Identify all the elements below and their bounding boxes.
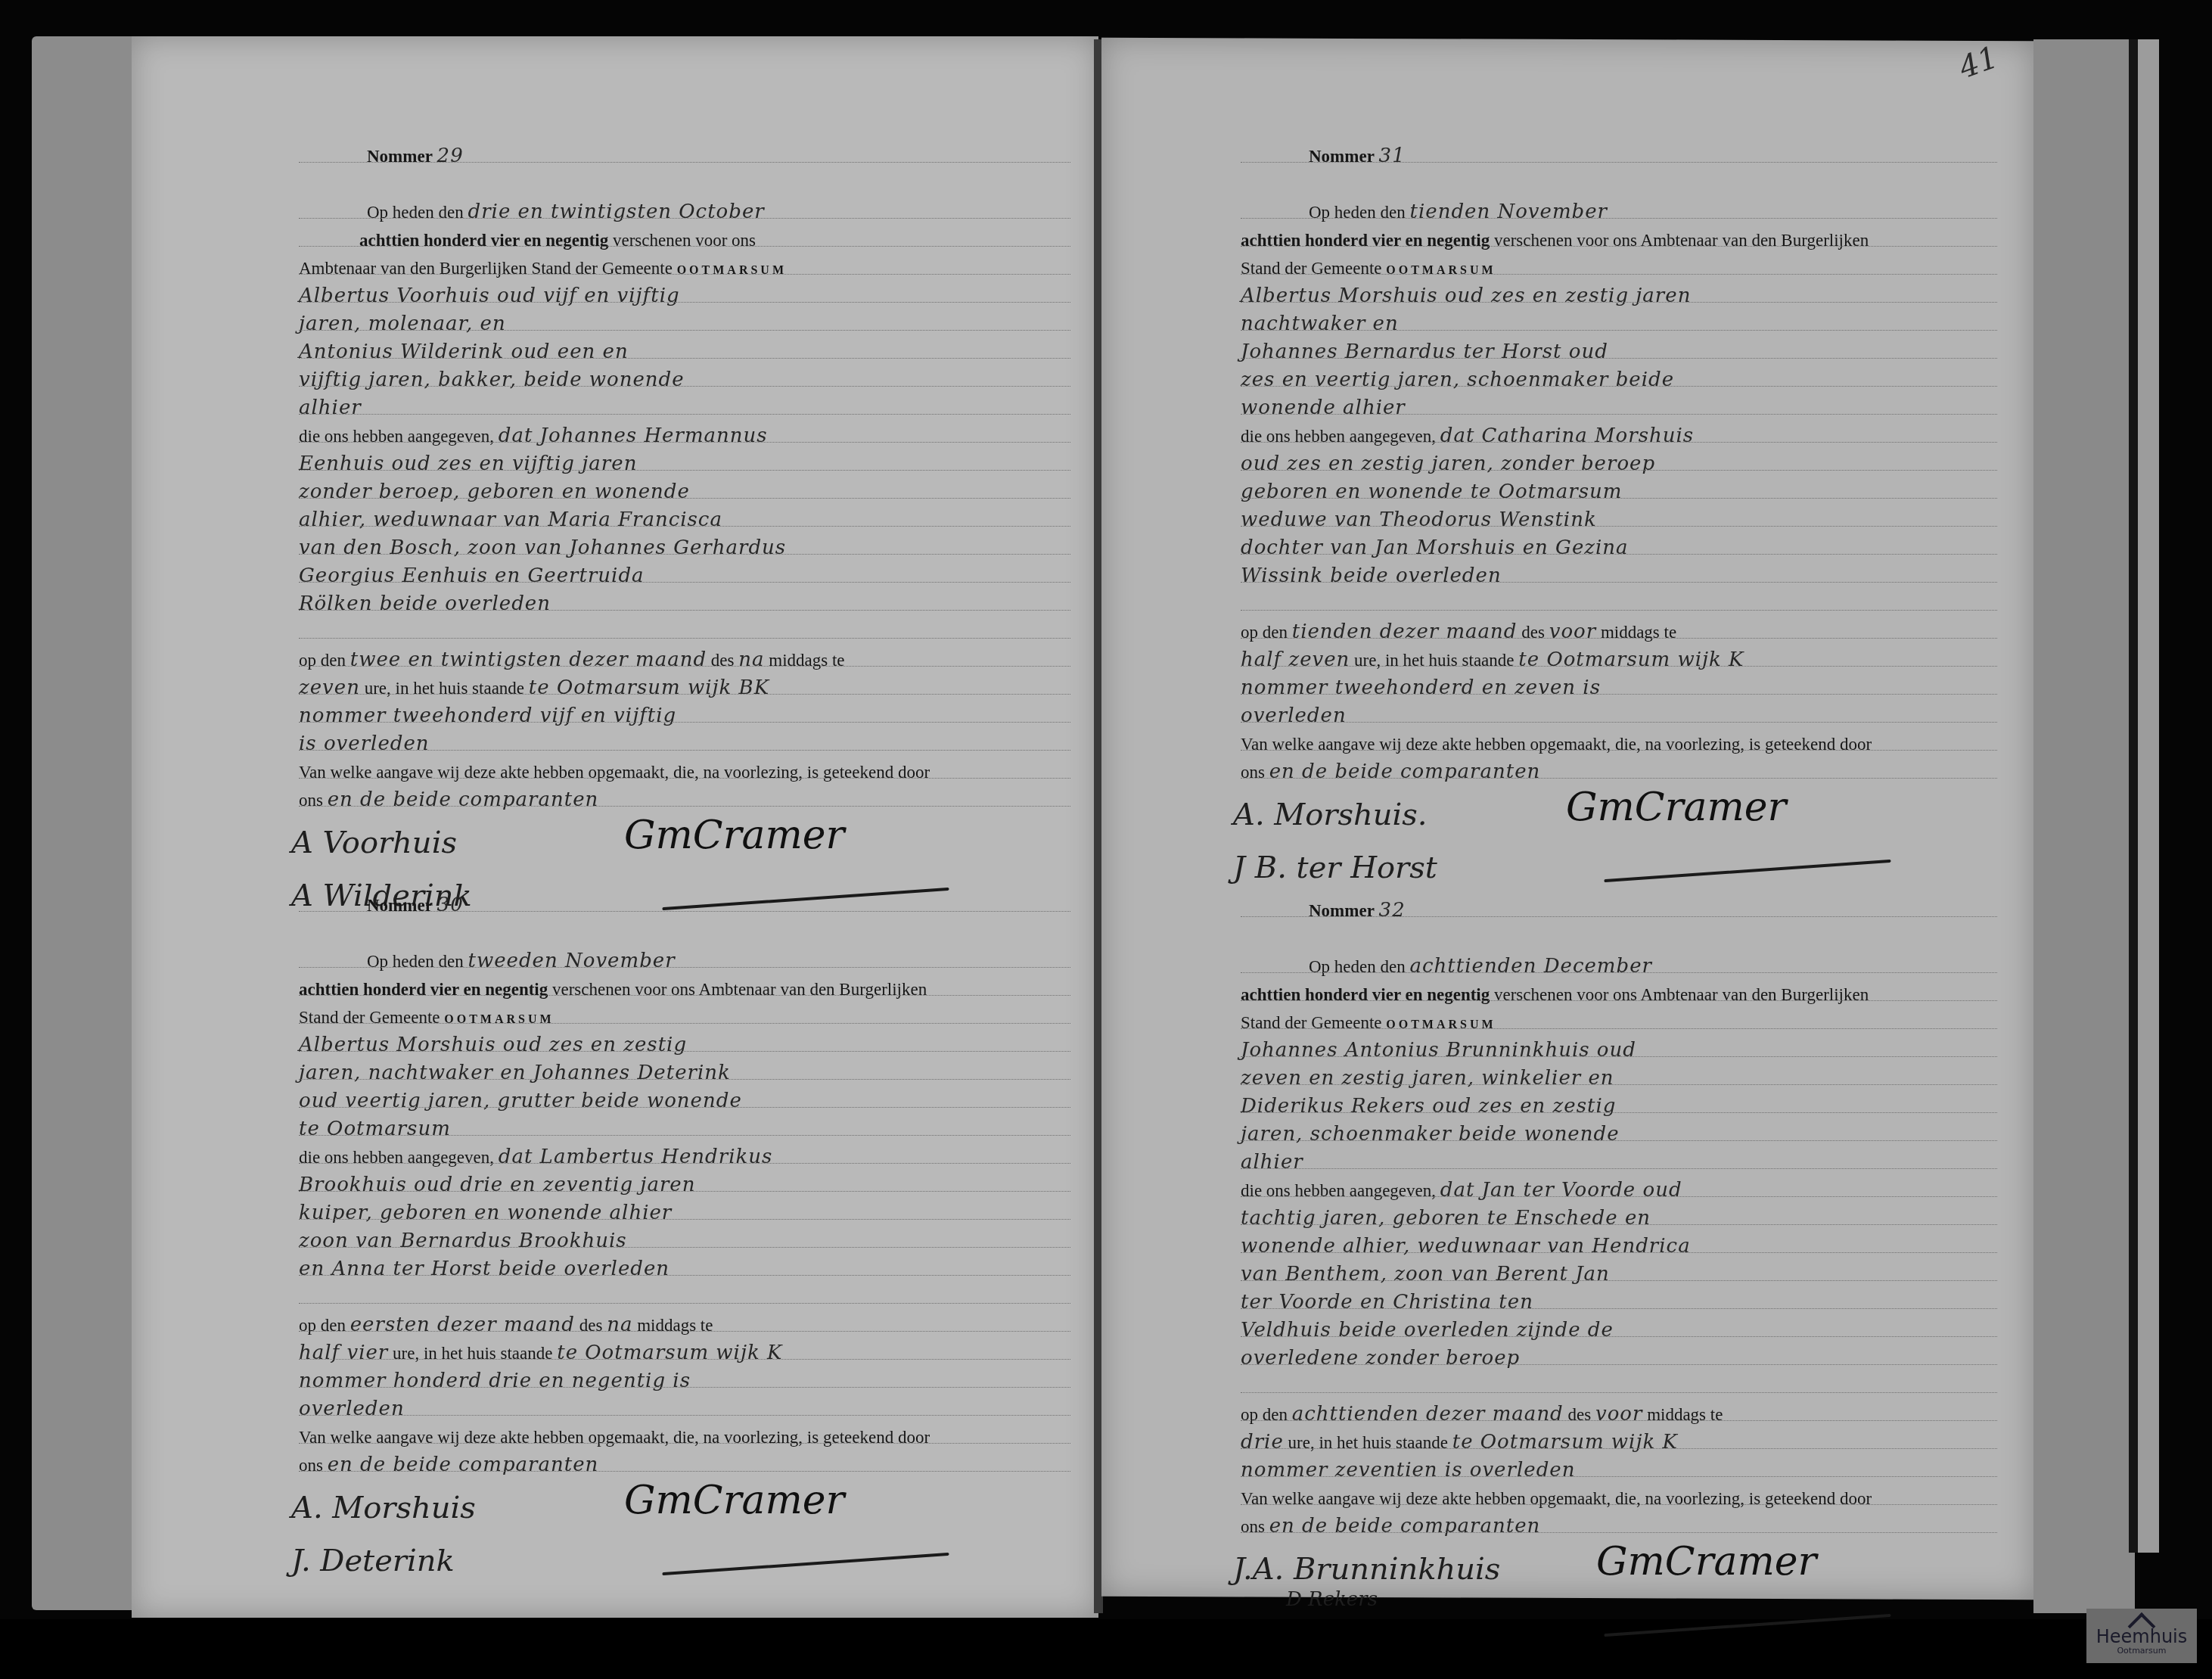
declaration-line: Georgius Eenhuis en Geertruida [299,562,1070,590]
op-den-label: op den [299,651,346,670]
declaration-line: Eenhuis oud zes en vijftig jaren [299,450,1070,478]
verschenen-label: verschenen voor ons [613,231,756,250]
death-location: te Ootmarsum wijk K [557,1342,782,1364]
declaration-line: zonder beroep, geboren en wonende [299,478,1070,506]
signature-block: A. Morshuis.J B. ter HorstGmCramer [1241,786,1997,915]
location-line: zeven ure, in het huis staande te Ootmar… [299,674,1070,702]
comparant-text: alhier [299,396,362,419]
declaration-text: zonder beroep, geboren en wonende [299,480,690,503]
comparant-text: oud veertig jaren, grutter beide wonende [299,1090,742,1112]
middags-label: middags te [769,651,844,670]
declaration-text: dat Catharina Morshuis [1440,424,1694,447]
location-line: nommer tweehonderd en zeven is [1241,674,1997,702]
declaration-text: wonende alhier, weduwnaar van Hendrica [1241,1235,1691,1258]
death-location: nommer zeventien is overleden [1241,1459,1575,1482]
comparant-line: jaren, schoenmaker beide wonende [1241,1121,1997,1149]
declaration-line: van den Bosch, zoon van Johannes Gerhard… [299,534,1070,562]
op-den-label: op den [299,1316,346,1335]
declaration-line: geboren en wonende te Ootmarsum [1241,478,1997,506]
verschenen-label: verschenen voor ons Ambtenaar van den Bu… [1494,985,1869,1004]
stand-label: Stand der Gemeente [299,1008,440,1027]
signed-by: en de beide comparanten [328,1454,599,1476]
comparant-text: vijftig jaren, bakker, beide wonende [299,368,685,391]
aangegeven-label: die ons hebben aangegeven, [299,1148,494,1167]
municipality-line: Stand der Gemeente OOTMARSUM [299,1003,1070,1031]
declaration-text: alhier, weduwnaar van Maria Francisca [299,508,722,531]
middags-label: middags te [637,1316,713,1335]
official-signature: GmCramer [624,822,844,850]
ure-label: ure, in het huis staande [393,1344,552,1363]
comparant-text: Johannes Antonius Brunninkhuis oud [1241,1039,1636,1062]
aangegeven-label: die ons hebben aangegeven, [299,427,494,446]
record-number: 31 [1379,145,1406,167]
year-line: achttien honderd vier en negentig versch… [299,975,1070,1003]
am-pm: voor [1595,1403,1642,1426]
declaration-text: dochter van Jan Morshuis en Gezina [1241,536,1629,559]
record-number: 30 [437,894,464,916]
death-location: te Ootmarsum wijk K [1518,648,1744,671]
death-location: is overleden [299,732,430,755]
death-location: overleden [299,1398,405,1420]
stand-label: Stand der Gemeente [1241,1013,1381,1032]
declaration-line: die ons hebben aangegeven, dat Lambertus… [299,1143,1070,1171]
declaration-line: zoon van Bernardus Brookhuis [299,1227,1070,1255]
signed-by: en de beide comparanten [328,788,599,811]
des-label: des [1521,623,1545,642]
death-location: nommer tweehonderd vijf en vijftig [299,704,676,727]
declaration-line: en Anna ter Horst beide overleden [299,1255,1070,1283]
am-pm: voor [1549,620,1596,643]
declaration-line: weduwe van Theodorus Wenstink [1241,506,1997,534]
ons-label: ons [299,791,323,810]
municipality: OOTMARSUM [1386,264,1496,277]
comparant-line: oud veertig jaren, grutter beide wonende [299,1087,1070,1115]
death-day: achttienden dezer maand [1292,1403,1564,1426]
comparant-text: Antonius Wilderink oud een en [299,340,629,363]
comparant-text: jaren, molenaar, en [299,312,506,335]
death-location: te Ootmarsum wijk K [1452,1431,1678,1454]
signed-by-line: ons en de beide comparanten [299,1451,1070,1479]
death-record-30: Nommer 30Op heden den tweeden Novemberac… [299,891,1070,1608]
comparant-line: Johannes Antonius Brunninkhuis oud [1241,1037,1997,1065]
record-date: tweeden November [468,950,676,972]
death-time-line: op den tienden dezer maand des voor midd… [1241,618,1997,646]
record-date: drie en twintigsten October [468,201,765,223]
official-signature: GmCramer [624,1487,844,1515]
year-line: achttien honderd vier en negentig versch… [299,226,1070,254]
record-date: achttienden December [1410,955,1653,978]
declaration-line: die ons hebben aangegeven, dat Jan ter V… [1241,1177,1997,1205]
comparant-line: Diderikus Rekers oud zes en zestig [1241,1093,1997,1121]
verschenen-label: verschenen voor ons Ambtenaar van den Bu… [1494,231,1869,250]
municipality: OOTMARSUM [677,264,787,277]
aangegeven-label: die ons hebben aangegeven, [1241,427,1436,446]
comparant-text: wonende alhier [1241,396,1406,419]
comparant-line: Albertus Voorhuis oud vijf en vijftig [299,282,1070,310]
death-location: nommer tweehonderd en zeven is [1241,676,1601,699]
record-date: tienden November [1410,201,1608,223]
comparant-text: nachtwaker en [1241,312,1399,335]
closing-line: Van welke aangave wij deze akte hebben o… [299,1423,1070,1451]
declaration-line: Veldhuis beide overleden zijnde de [1241,1317,1997,1345]
year-line: achttien honderd vier en negentig versch… [1241,226,1997,254]
location-line: nommer tweehonderd vijf en vijftig [299,702,1070,730]
death-day: eersten dezer maand [350,1314,575,1336]
closing-text: Van welke aangave wij deze akte hebben o… [299,763,930,782]
death-location: overleden [1241,704,1347,727]
death-time-line: op den twee en twintigsten dezer maand d… [299,646,1070,674]
death-hour: half vier [299,1342,388,1364]
comparant-line: Albertus Morshuis oud zes en zestig jare… [1241,282,1997,310]
record-number: 32 [1379,899,1406,922]
signature-flourish [1604,1614,1890,1637]
declaration-text: zoon van Bernardus Brookhuis [299,1230,627,1252]
ons-label: ons [299,1456,323,1475]
comparant-line: jaren, nachtwaker en Johannes Deterink [299,1059,1070,1087]
ure-label: ure, in het huis staande [365,679,524,698]
year-text: achttien honderd vier en negentig [1241,985,1490,1004]
closing-line: Van welke aangave wij deze akte hebben o… [1241,730,1997,758]
comparant-line: jaren, molenaar, en [299,310,1070,338]
op-heden-label: Op heden den [1309,203,1406,222]
declaration-text: overledene zonder beroep [1241,1347,1520,1370]
nommer-label: Nommer [367,896,433,915]
nommer-label: Nommer [367,147,433,166]
comparant-text: zeven en zestig jaren, winkelier en [1241,1067,1614,1090]
comparant-line: nachtwaker en [1241,310,1997,338]
death-record-32: Nommer 32Op heden den achttienden Decemb… [1241,897,1997,1669]
des-label: des [711,651,735,670]
comparant-text: Albertus Morshuis oud zes en zestig [299,1034,687,1056]
spacer [1241,925,1997,953]
comparant-signature: J. Deterink [291,1547,455,1575]
declaration-text: weduwe van Theodorus Wenstink [1241,508,1597,531]
comparant-line: vijftig jaren, bakker, beide wonende [299,366,1070,394]
comparant-signature: J.A. Brunninkhuis [1233,1556,1500,1584]
aangegeven-label: die ons hebben aangegeven, [1241,1181,1436,1200]
declaration-text: Brookhuis oud drie en zeventig jaren [299,1174,695,1196]
comparant-text: Diderikus Rekers oud zes en zestig [1241,1095,1616,1118]
declaration-text: kuiper, geboren en wonende alhier [299,1202,672,1224]
op-heden-label: Op heden den [1309,957,1406,976]
declaration-line: die ons hebben aangegeven, dat Johannes … [299,422,1070,450]
declaration-line: overledene zonder beroep [1241,1345,1997,1373]
nommer-label: Nommer [1309,147,1375,166]
nommer-line: Nommer 32 [1241,897,1997,925]
comparant-text: Johannes Bernardus ter Horst oud [1241,340,1608,363]
declaration-line: oud zes en zestig jaren, zonder beroep [1241,450,1997,478]
closing-text: Van welke aangave wij deze akte hebben o… [299,1428,930,1447]
declaration-text: oud zes en zestig jaren, zonder beroep [1241,452,1655,475]
comparant-text: alhier [1241,1151,1303,1174]
middags-label: middags te [1601,623,1676,642]
year-text: achttien honderd vier en negentig [299,980,548,999]
signature-block: J.A. BrunninkhuisD RekersGmCramer [1241,1541,1997,1669]
death-location: nommer honderd drie en negentig is [299,1370,691,1392]
ure-label: ure, in het huis staande [1354,651,1514,670]
am-pm: na [738,648,764,671]
declaration-line: wonende alhier, weduwnaar van Hendrica [1241,1233,1997,1261]
comparant-line: Antonius Wilderink oud een en [299,338,1070,366]
op-den-label: op den [1241,623,1288,642]
comparant-line: te Ootmarsum [299,1115,1070,1143]
nommer-label: Nommer [1309,901,1375,920]
comparant-line: alhier [1241,1149,1997,1177]
declaration-line: dochter van Jan Morshuis en Gezina [1241,534,1997,562]
death-day: tienden dezer maand [1292,620,1518,643]
op-den-label: op den [1241,1405,1288,1424]
signed-by-line: ons en de beide comparanten [1241,758,1997,786]
municipality-line: Stand der Gemeente OOTMARSUM [1241,1009,1997,1037]
ure-label: ure, in het huis staande [1288,1433,1448,1452]
death-hour: half zeven [1241,648,1350,671]
comparant-text: jaren, schoenmaker beide wonende [1241,1123,1620,1146]
op-heden-label: Op heden den [367,952,464,971]
comparant-line: zes en veertig jaren, schoenmaker beide [1241,366,1997,394]
location-line: nommer honderd drie en negentig is [299,1367,1070,1395]
declaration-text: ter Voorde en Christina ten [1241,1291,1533,1314]
location-line: half zeven ure, in het huis staande te O… [1241,646,1997,674]
signed-by-line: ons en de beide comparanten [299,786,1070,814]
year-text: achttien honderd vier en negentig [359,231,608,250]
stand-label: Stand der Gemeente [1241,259,1381,278]
death-hour: drie [1241,1431,1284,1454]
comparant-line: Albertus Morshuis oud zes en zestig [299,1031,1070,1059]
death-time-line: op den achttienden dezer maand des voor … [1241,1401,1997,1429]
declaration-line: tachtig jaren, geboren te Enschede en [1241,1205,1997,1233]
date-line: Op heden den tweeden November [299,947,1070,975]
heemhuis-watermark: Heemhuis Ootmarsum [2086,1609,2197,1663]
signed-by-line: ons en de beide comparanten [1241,1513,1997,1541]
declaration-line: Brookhuis oud drie en zeventig jaren [299,1171,1070,1199]
am-pm: na [607,1314,632,1336]
municipality: OOTMARSUM [444,1013,554,1026]
comparant-signature: A Voorhuis [291,829,457,857]
location-line: overleden [299,1395,1070,1423]
nommer-line: Nommer 30 [299,891,1070,919]
municipality-line: Stand der Gemeente OOTMARSUM [1241,254,1997,282]
book-cover-left [32,36,132,1610]
location-line: is overleden [299,730,1070,758]
declaration-text: Rölken beide overleden [299,592,551,615]
year-line: achttien honderd vier en negentig versch… [1241,981,1997,1009]
declaration-text: geboren en wonende te Ootmarsum [1241,480,1622,503]
comparant-line: Johannes Bernardus ter Horst oud [1241,338,1997,366]
declaration-text: dat Johannes Hermannus [499,424,768,447]
verschenen-label: verschenen voor ons Ambtenaar van den Bu… [552,980,927,999]
comparant-signature: J B. ter Horst [1233,854,1437,882]
comparant-signature: A. Morshuis [291,1494,476,1522]
death-day: twee en twintigsten dezer maand [350,648,707,671]
nommer-line: Nommer 29 [299,142,1070,170]
comparant-signature: D Rekers [1286,1586,1378,1614]
declaration-text: Veldhuis beide overleden zijnde de [1241,1319,1614,1342]
comparant-text: te Ootmarsum [299,1118,451,1140]
des-label: des [1568,1405,1592,1424]
declaration-text: dat Lambertus Hendrikus [499,1146,773,1168]
declaration-text: Eenhuis oud zes en vijftig jaren [299,452,637,475]
date-line: Op heden den tienden November [1241,198,1997,226]
ambtenaar-label: Ambtenaar van den Burgerlijken Stand der… [299,259,673,278]
blank-rule-line [1241,1373,1997,1401]
death-hour: zeven [299,676,360,699]
spacer [299,919,1070,947]
nommer-line: Nommer 31 [1241,142,1997,170]
middags-label: middags te [1647,1405,1723,1424]
location-line: nommer zeventien is overleden [1241,1457,1997,1485]
death-record-29: Nommer 29Op heden den drie en twintigste… [299,142,1070,943]
declaration-line: die ons hebben aangegeven, dat Catharina… [1241,422,1997,450]
official-signature: GmCramer [1596,1548,1816,1576]
death-time-line: op den eersten dezer maand des na middag… [299,1311,1070,1339]
comparant-signature: A. Morshuis. [1233,801,1428,829]
signature-flourish [1604,860,1890,882]
signed-by: en de beide comparanten [1269,760,1541,783]
ons-label: ons [1241,1517,1265,1536]
date-line: Op heden den achttienden December [1241,953,1997,981]
location-line: overleden [1241,702,1997,730]
declaration-text: dat Jan ter Voorde oud [1440,1179,1682,1202]
comparant-line: wonende alhier [1241,394,1997,422]
spacer [299,170,1070,198]
signed-by: en de beide comparanten [1269,1515,1541,1538]
comparant-line: zeven en zestig jaren, winkelier en [1241,1065,1997,1093]
comparant-text: Albertus Morshuis oud zes en zestig jare… [1241,284,1691,307]
des-label: des [579,1316,603,1335]
watermark-subtitle: Ootmarsum [2086,1646,2197,1656]
comparant-text: Albertus Voorhuis oud vijf en vijftig [299,284,680,307]
op-heden-label: Op heden den [367,203,464,222]
death-record-31: Nommer 31Op heden den tienden Novemberac… [1241,142,1997,915]
record-number: 29 [437,145,464,167]
comparant-text: jaren, nachtwaker en Johannes Deterink [299,1062,731,1084]
signature-flourish [662,1553,949,1575]
blank-rule-line [1241,590,1997,618]
declaration-text: Georgius Eenhuis en Geertruida [299,564,645,587]
declaration-line: kuiper, geboren en wonende alhier [299,1199,1070,1227]
municipality: OOTMARSUM [1386,1018,1496,1031]
comparant-line: alhier [299,394,1070,422]
signature-block: A. MorshuisJ. DeterinkGmCramer [299,1479,1070,1608]
comparant-text: zes en veertig jaren, schoenmaker beide [1241,368,1674,391]
blank-rule-line [299,618,1070,646]
book-edge-right [2033,39,2135,1613]
blank-rule-line [299,1283,1070,1311]
death-location: te Ootmarsum wijk BK [529,676,769,699]
declaration-line: van Benthem, zoon van Berent Jan [1241,1261,1997,1289]
declaration-line: alhier, weduwnaar van Maria Francisca [299,506,1070,534]
declaration-text: van den Bosch, zoon van Johannes Gerhard… [299,536,786,559]
closing-line: Van welke aangave wij deze akte hebben o… [1241,1485,1997,1513]
location-line: drie ure, in het huis staande te Ootmars… [1241,1429,1997,1457]
closing-line: Van welke aangave wij deze akte hebben o… [299,758,1070,786]
declaration-text: Wissink beide overleden [1241,564,1502,587]
year-text: achttien honderd vier en negentig [1241,231,1490,250]
location-line: half vier ure, in het huis staande te Oo… [299,1339,1070,1367]
declaration-line: Rölken beide overleden [299,590,1070,618]
closing-text: Van welke aangave wij deze akte hebben o… [1241,735,1872,754]
municipality-line: Ambtenaar van den Burgerlijken Stand der… [299,254,1070,282]
ons-label: ons [1241,763,1265,782]
declaration-text: van Benthem, zoon van Berent Jan [1241,1263,1610,1286]
date-line: Op heden den drie en twintigsten October [299,198,1070,226]
spacer [1241,170,1997,198]
declaration-text: tachtig jaren, geboren te Enschede en [1241,1207,1651,1230]
declaration-text: en Anna ter Horst beide overleden [299,1258,670,1280]
declaration-line: ter Voorde en Christina ten [1241,1289,1997,1317]
closing-text: Van welke aangave wij deze akte hebben o… [1241,1489,1872,1508]
declaration-line: Wissink beide overleden [1241,562,1997,590]
official-signature: GmCramer [1566,794,1786,822]
